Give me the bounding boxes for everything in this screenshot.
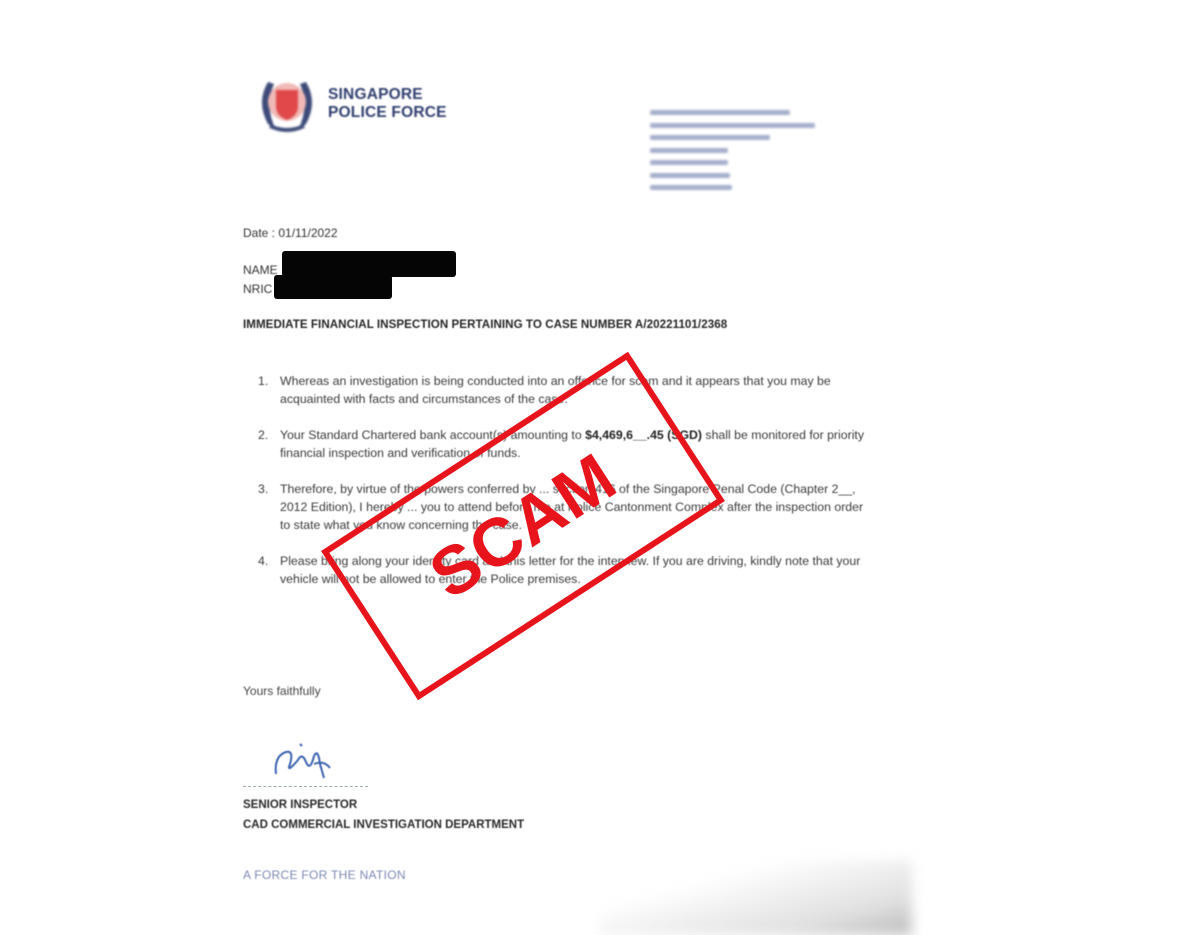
name-label: NAME xyxy=(243,263,278,277)
org-name-line1: SINGAPORE xyxy=(328,86,447,104)
signatory-block: SENIOR INSPECTOR CAD COMMERCIAL INVESTIG… xyxy=(243,795,524,835)
signature-line xyxy=(243,786,368,787)
nric-label: NRIC xyxy=(243,282,272,296)
letterhead-logo: SINGAPORE POLICE FORCE xyxy=(254,72,447,136)
letter-date: Date : 01/11/2022 xyxy=(243,226,338,240)
signatory-department: CAD COMMERCIAL INVESTIGATION DEPARTMENT xyxy=(243,815,524,835)
closing-salutation: Yours faithfully xyxy=(243,684,321,698)
signature-icon xyxy=(270,738,340,784)
org-name-line2: POLICE FORCE xyxy=(328,104,447,122)
police-crest-icon xyxy=(254,72,320,136)
nric-redaction xyxy=(274,275,392,299)
scam-letter-document: SINGAPORE POLICE FORCE Date : 01/11/2022… xyxy=(0,0,1200,935)
address-block xyxy=(650,110,830,198)
motto: A FORCE FOR THE NATION xyxy=(243,868,406,882)
signatory-title: SENIOR INSPECTOR xyxy=(243,795,524,815)
subject-line: IMMEDIATE FINANCIAL INSPECTION PERTAININ… xyxy=(243,318,727,331)
name-redaction xyxy=(282,251,456,277)
photo-shadow xyxy=(600,860,912,935)
